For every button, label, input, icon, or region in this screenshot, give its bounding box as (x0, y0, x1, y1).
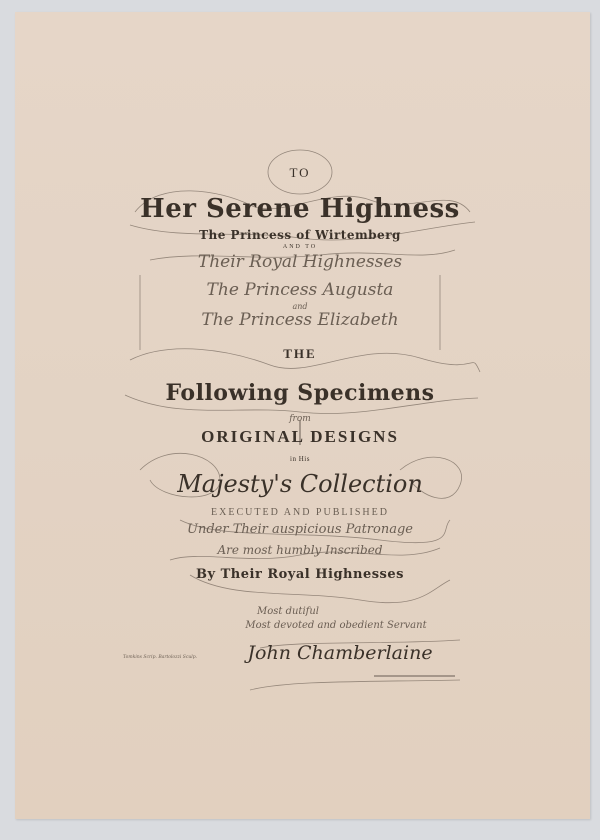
dedication-her-serene-highness: Her Serene Highness (0, 194, 600, 224)
signature-john-chamberlaine: John Chamberlaine (40, 642, 600, 664)
dedication-princess-elizabeth: The Princess Elizabeth (0, 310, 600, 330)
dedication-to: TO (0, 165, 600, 181)
title-the: THE (0, 346, 600, 362)
engraver-credit: Tomkins Scrip. Bartolozzi Sculp. (0, 655, 460, 660)
dedication-patronage: Under Their auspicious Patronage (0, 522, 600, 537)
dedication-inscribed: Are most humbly Inscribed (0, 543, 600, 557)
title-in-his: in His (0, 455, 600, 463)
signoff-most-dutiful: Most dutiful (0, 606, 588, 617)
dedication-princess-augusta: The Princess Augusta (0, 280, 600, 300)
dedication-royal-highnesses: Their Royal Highnesses (0, 252, 600, 272)
title-following-specimens: Following Specimens (0, 380, 600, 406)
dedication-princess-wirtemberg: The Princess of Wirtemberg (0, 228, 600, 242)
title-executed-published: EXECUTED AND PUBLISHED (0, 507, 600, 518)
dedication-by-royal-highnesses: By Their Royal Highnesses (0, 567, 600, 582)
title-original-designs: ORIGINAL DESIGNS (0, 427, 600, 447)
title-from: from (0, 414, 600, 424)
title-majestys-collection: Majesty's Collection (0, 470, 600, 498)
signoff-obedient-servant: Most devoted and obedient Servant (36, 620, 600, 631)
dedication-and-to: AND TO (0, 244, 600, 250)
